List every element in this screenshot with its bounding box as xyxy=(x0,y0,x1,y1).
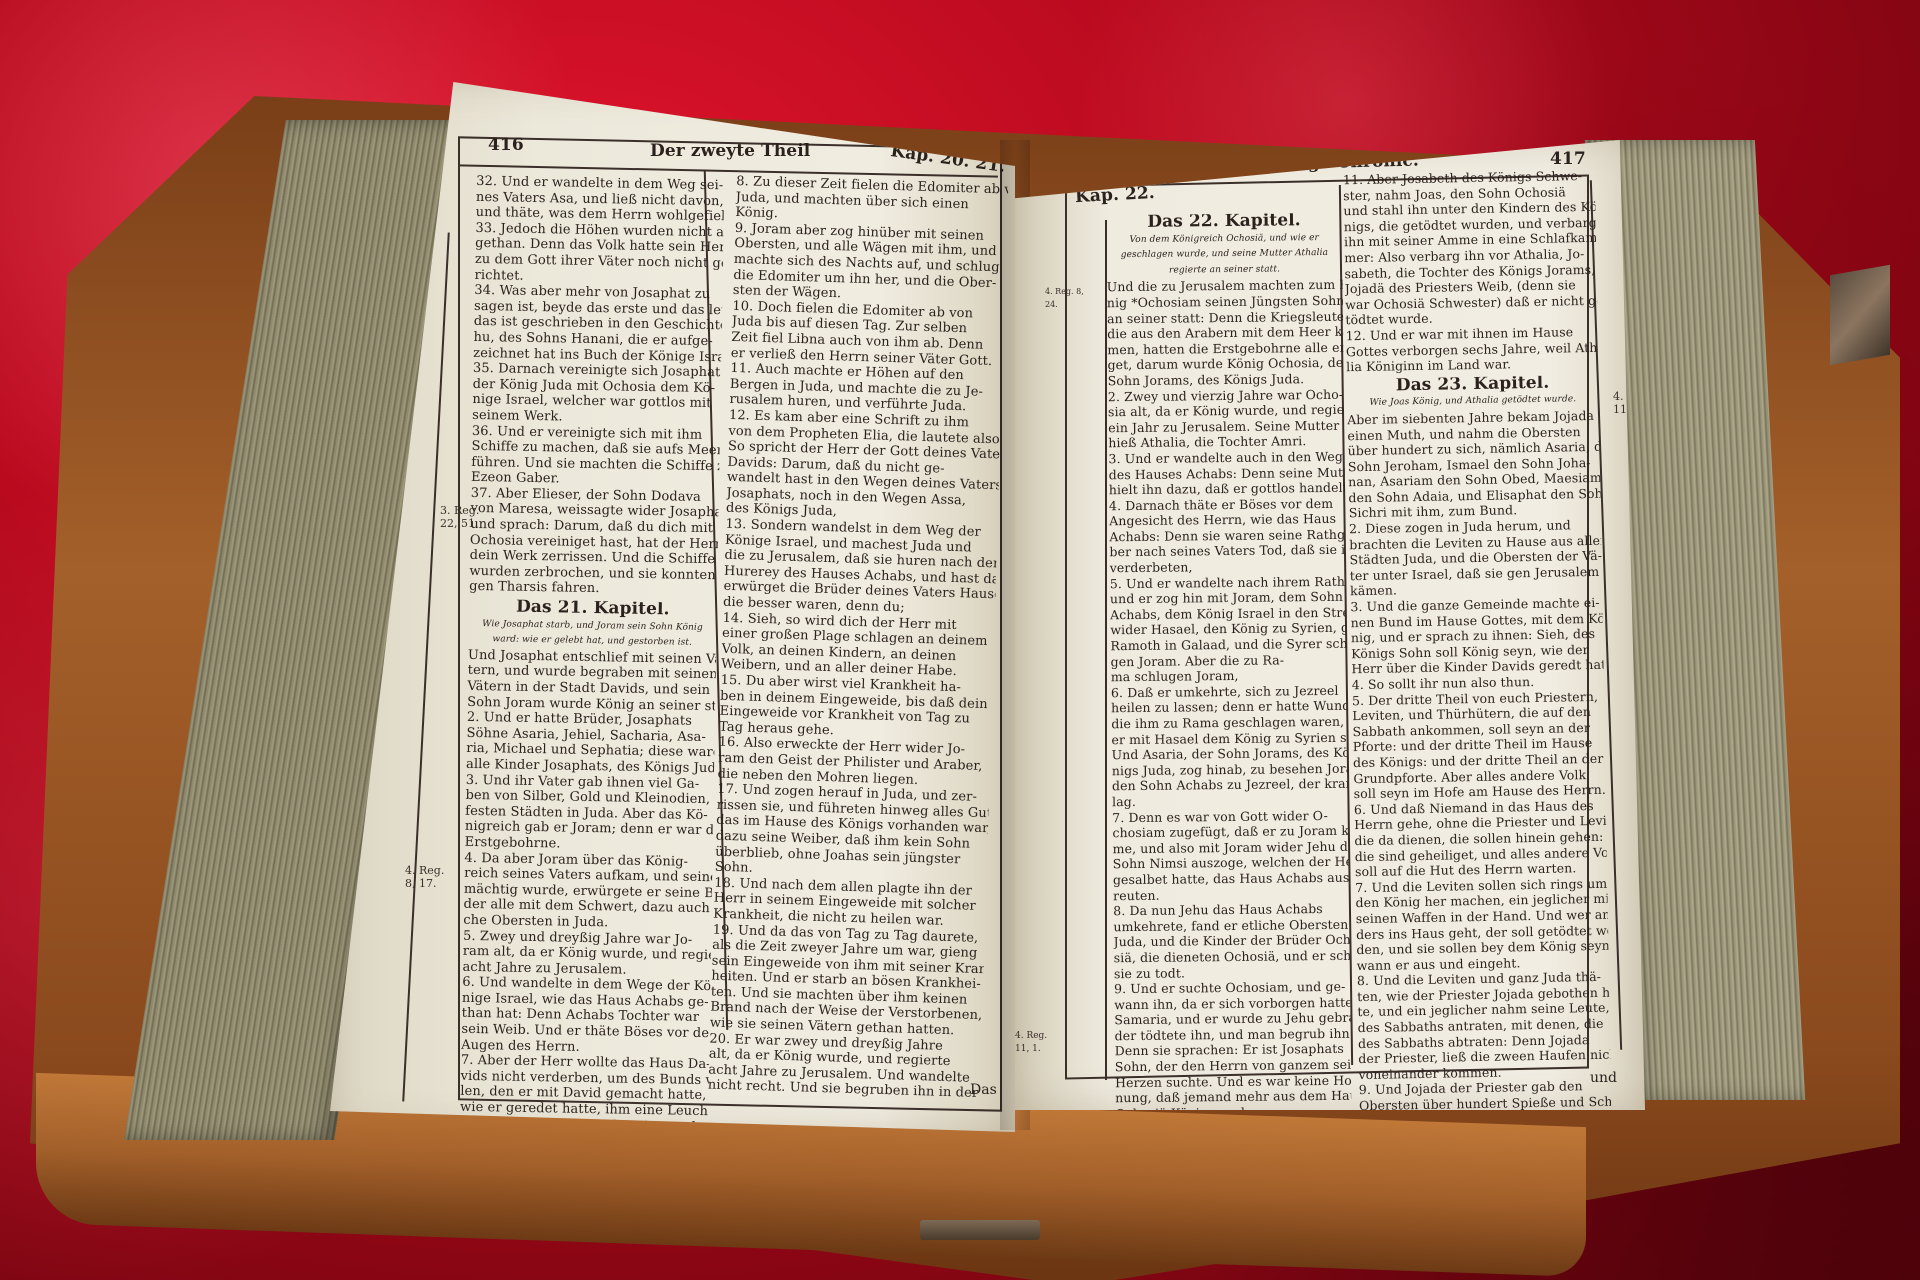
catchword: und xyxy=(1590,1070,1617,1086)
page-number: 417 xyxy=(1550,152,1586,168)
book-clasp xyxy=(920,1220,1040,1240)
left-column: 32. Und er wandelte in dem Weg sei-nes V… xyxy=(460,174,725,1132)
right-column: 11. Aber Josabeth des Königs Schwe-ster,… xyxy=(1343,168,1611,1110)
chapter-21-heading: Das 21. Kapitel. xyxy=(469,599,717,619)
left-column: Das 22. Kapitel. Von dem Königreich Ocho… xyxy=(1106,209,1352,1110)
margin-note: 4. Reg. 8, 24. xyxy=(1045,285,1090,311)
right-column: 8. Zu dieser Zeit fielen die Edomiter ab… xyxy=(708,174,1009,1102)
chapter-23-heading: Das 23. Kapitel. xyxy=(1346,375,1598,395)
right-page: Kap. 22. der Könige Chronic. 417 Das 22.… xyxy=(1015,140,1645,1110)
chapter-21-summary: Wie Josaphat starb, und Joram sein Sohn … xyxy=(468,616,717,652)
chapter-22-heading: Das 22. Kapitel. xyxy=(1106,213,1342,231)
margin-note: 4. Reg. 8, 17. xyxy=(405,864,445,890)
margin-note: 3. Reg. 22, 51. xyxy=(440,504,480,530)
running-head: Der zweyte Theil xyxy=(650,144,810,160)
page-number: 416 xyxy=(488,138,524,154)
metal-clasp-corner xyxy=(1830,265,1890,366)
catchword: Das xyxy=(970,1082,997,1098)
margin-note: 4. Reg. 11, 1. xyxy=(1015,1030,1055,1056)
chapter-22-summary: Von dem Königreich Ochosiä, und wie er g… xyxy=(1106,230,1342,279)
